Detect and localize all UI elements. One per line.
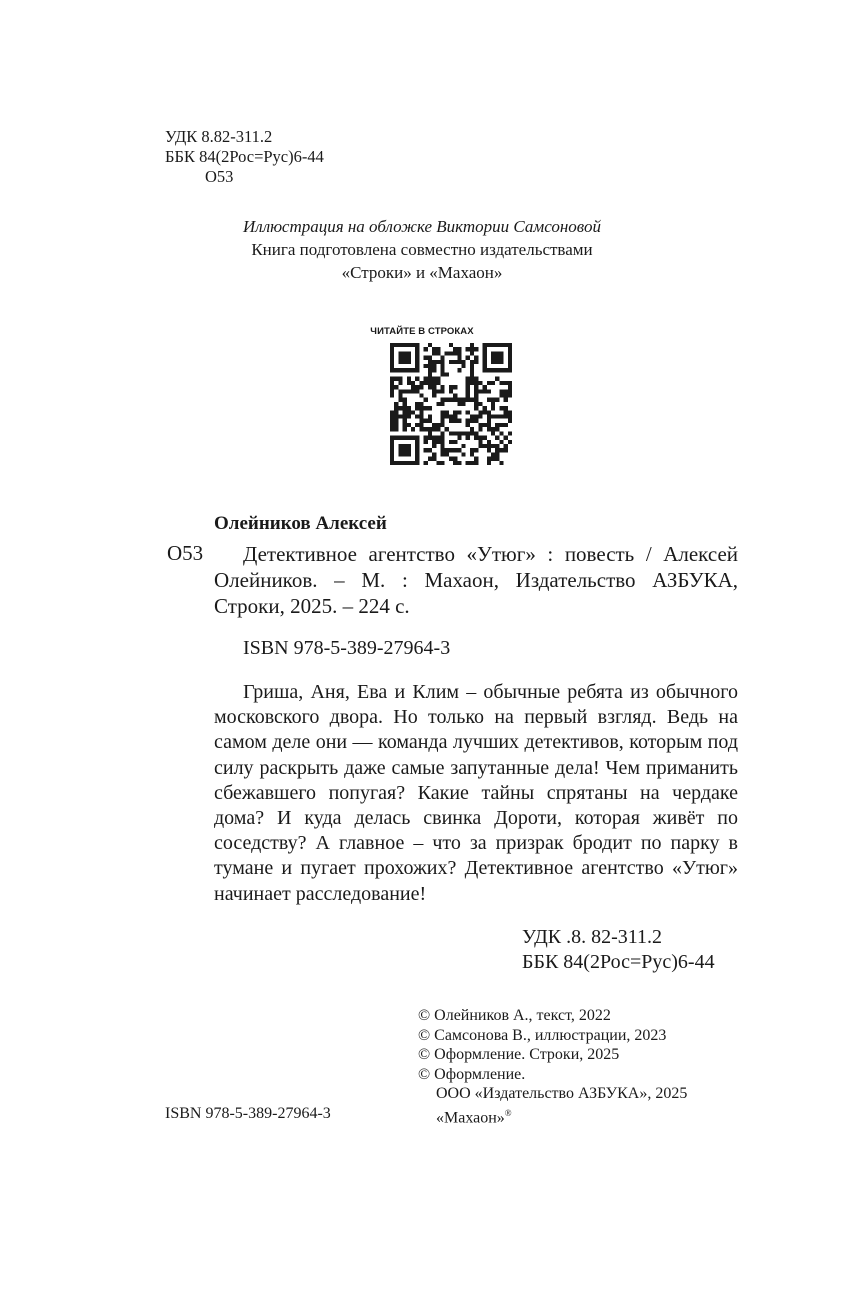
makhaon-label: «Махаон»	[436, 1109, 505, 1126]
copyright-azbuka: ООО «Издательство АЗБУКА», 2025	[418, 1084, 687, 1104]
publishers-line1: Книга подготовлена совместно издательств…	[0, 238, 844, 261]
qr-code-icon[interactable]	[390, 343, 512, 465]
index-block: УДК 8.82-311.2 ББК 84(2Рос=Рус)6-44 О53	[165, 127, 324, 187]
qr-label: ЧИТАЙТЕ В СТРОКАХ	[0, 326, 844, 337]
copyright-makhaon: «Махаон»®	[418, 1104, 687, 1128]
registered-mark: ®	[505, 1108, 512, 1118]
copyright-text: © Олейников А., текст, 2022	[418, 1006, 687, 1026]
description-text: Детективное агентство «Утюг» : повесть /…	[214, 541, 738, 619]
bibliographic-description: Детективное агентство «Утюг» : повесть /…	[214, 541, 738, 619]
annotation-text: Гриша, Аня, Ева и Клим – обычные ребята …	[214, 680, 738, 907]
copyright-design: © Оформление.	[418, 1065, 687, 1085]
classification-block: УДК .8. 82-311.2 ББК 84(2Рос=Рус)6-44	[522, 925, 715, 975]
isbn: ISBN 978-5-389-27964-3	[243, 637, 450, 660]
copyright-illustrations: © Самсонова В., иллюстрации, 2023	[418, 1026, 687, 1046]
annotation: Гриша, Аня, Ева и Клим – обычные ребята …	[214, 680, 738, 907]
credits-block: Иллюстрация на обложке Виктории Самсонов…	[0, 215, 844, 284]
author-code: О53	[167, 541, 203, 566]
bbk-code-2: ББК 84(2Рос=Рус)6-44	[522, 950, 715, 975]
udk-code: УДК 8.82-311.2	[165, 127, 324, 147]
author-sign: О53	[165, 167, 324, 187]
udk-code-2: УДК .8. 82-311.2	[522, 925, 715, 950]
copyright-design-stroki: © Оформление. Строки, 2025	[418, 1045, 687, 1065]
author-heading: Олейников Алексей	[214, 513, 387, 535]
copyright-block: © Олейников А., текст, 2022 © Самсонова …	[418, 1006, 687, 1128]
isbn-bottom: ISBN 978-5-389-27964-3	[165, 1105, 331, 1123]
illustration-credit: Иллюстрация на обложке Виктории Самсонов…	[0, 215, 844, 238]
bbk-code: ББК 84(2Рос=Рус)6-44	[165, 147, 324, 167]
publishers-line2: «Строки» и «Махаон»	[0, 261, 844, 284]
